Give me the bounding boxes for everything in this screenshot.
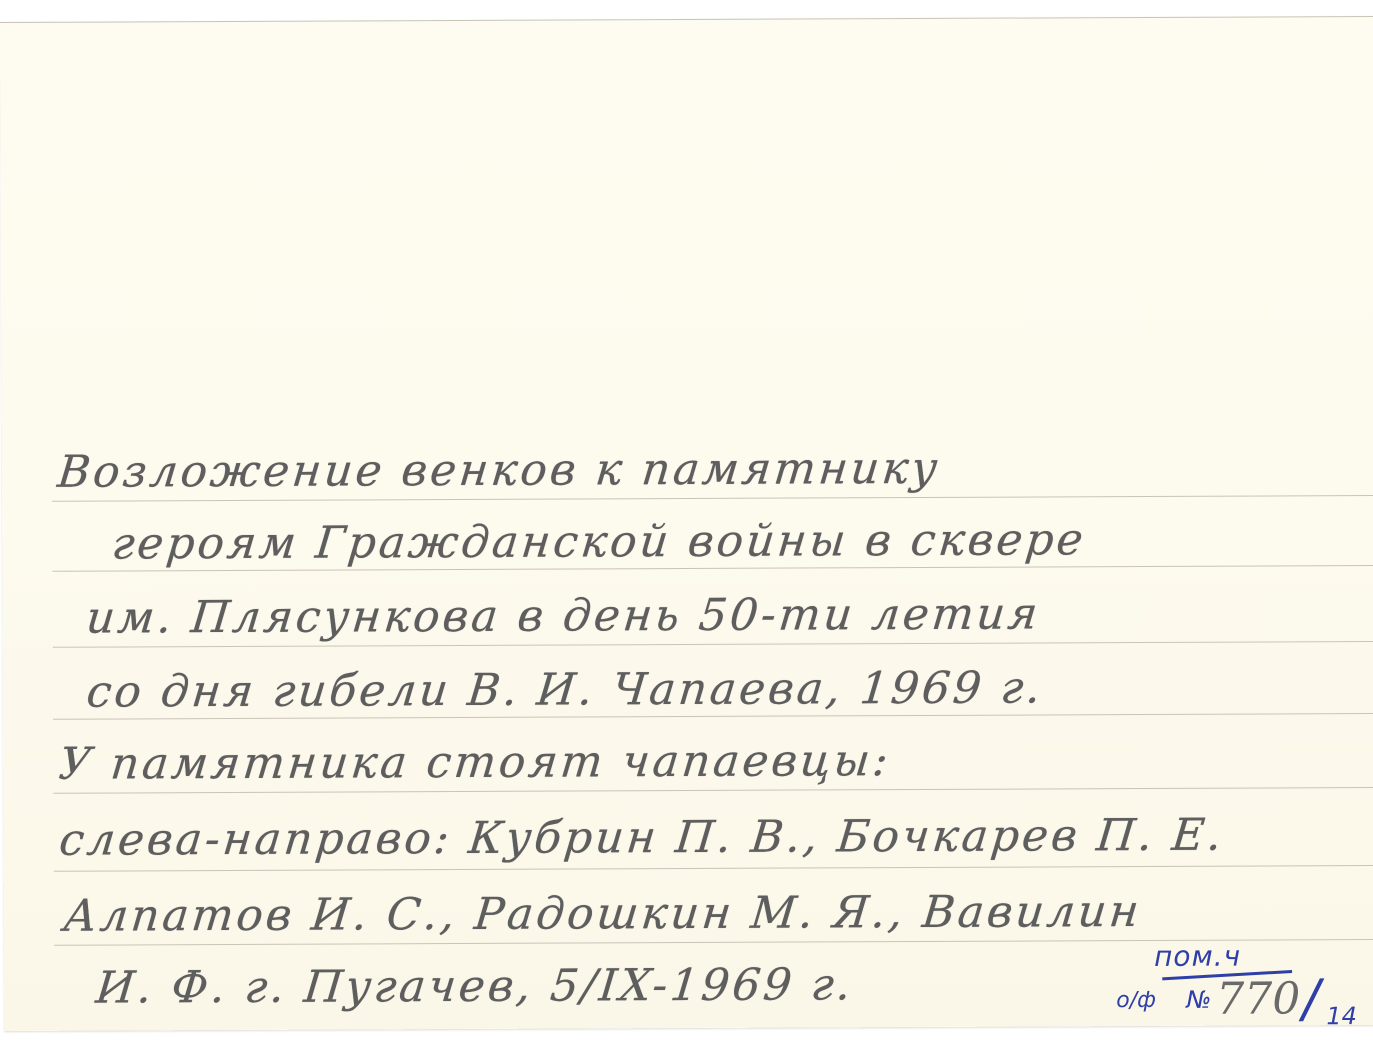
archive-suffix: 14: [1326, 1002, 1357, 1030]
number-sign: №: [1186, 986, 1211, 1014]
caption-line-5: У памятника стоят чапаевцы:: [57, 735, 894, 790]
caption-line-7: Алпатов И. С., Радошкин М. Я., Вавилин: [61, 886, 1144, 942]
archive-label: пом.ч: [1154, 940, 1241, 973]
ruled-line: [54, 865, 1373, 872]
caption-line-8: И. Ф. г. Пугачев, 5/IX-1969 г.: [94, 959, 857, 1013]
caption-line-4: со дня гибели В. И. Чапаева, 1969 г.: [84, 662, 1046, 717]
caption-line-1: Возложение венков к памятнику: [55, 443, 942, 498]
caption-line-2: героям Гражданской войны в сквере: [110, 514, 1089, 569]
caption-line-3: им. Плясункова в день 50-ти летия: [84, 588, 1043, 643]
archive-number: 770: [1216, 973, 1300, 1024]
archive-prefix: о/ф: [1116, 988, 1156, 1013]
photo-card-reverse: Возложение венков к памятнику героям Гра…: [0, 16, 1373, 1031]
archive-slash: /: [1302, 969, 1320, 1029]
caption-line-6: слева-направо: Кубрин П. В., Бочкарев П.…: [57, 810, 1227, 866]
